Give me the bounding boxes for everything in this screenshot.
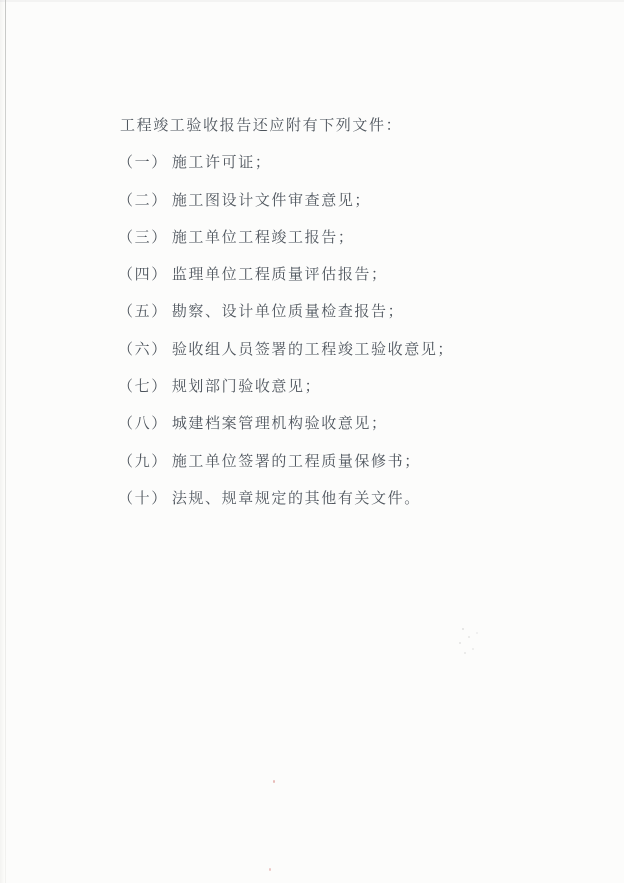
scan-speck [269, 868, 271, 871]
item-number: （八） [118, 416, 168, 432]
list-item: （二）施工图设计文件审查意见； [118, 194, 454, 209]
item-text: 城建档案管理机构验收意见； [172, 416, 388, 432]
list-item: （八）城建档案管理机构验收意见； [118, 417, 454, 432]
item-text: 勘察、设计单位质量检查报告； [172, 304, 404, 320]
scan-edge-left-shadow [0, 0, 5, 883]
list-item: （一）施工许可证； [118, 156, 454, 171]
list-item: （五）勘察、设计单位质量检查报告； [118, 305, 454, 320]
list-item: （四）监理单位工程质量评估报告； [118, 268, 454, 283]
scan-speck [273, 780, 275, 783]
scan-speck-cluster [462, 628, 464, 630]
item-number: （四） [118, 267, 168, 283]
document-page: 工程竣工验收报告还应附有下列文件： （一）施工许可证； （二）施工图设计文件审查… [0, 0, 624, 883]
document-body: 工程竣工验收报告还应附有下列文件： （一）施工许可证； （二）施工图设计文件审查… [118, 119, 454, 529]
list-item: （十）法规、规章规定的其他有关文件。 [118, 492, 454, 507]
item-number: （七） [118, 379, 168, 395]
scan-edge-top [0, 0, 624, 2]
item-text: 施工图设计文件审查意见； [172, 193, 371, 209]
list-item: （七）规划部门验收意见； [118, 380, 454, 395]
item-text: 施工单位工程竣工报告； [172, 230, 355, 246]
item-text: 法规、规章规定的其他有关文件。 [172, 491, 421, 507]
scan-edge-left-line [5, 0, 6, 883]
list-item: （三）施工单位工程竣工报告； [118, 231, 454, 246]
item-text: 施工单位签署的工程质量保修书； [172, 454, 421, 470]
document-heading: 工程竣工验收报告还应附有下列文件： [120, 119, 454, 134]
item-text: 施工许可证； [172, 155, 272, 171]
list-item: （九）施工单位签署的工程质量保修书； [118, 455, 454, 470]
item-number: （二） [118, 193, 168, 209]
item-text: 验收组人员签署的工程竣工验收意见； [172, 342, 454, 358]
item-text: 规划部门验收意见； [172, 379, 321, 395]
item-number: （一） [118, 155, 168, 171]
item-text: 监理单位工程质量评估报告； [172, 267, 388, 283]
item-number: （九） [118, 454, 168, 470]
item-number: （六） [118, 342, 168, 358]
item-number: （十） [118, 491, 168, 507]
item-number: （五） [118, 304, 168, 320]
item-number: （三） [118, 230, 168, 246]
list-item: （六）验收组人员签署的工程竣工验收意见； [118, 343, 454, 358]
